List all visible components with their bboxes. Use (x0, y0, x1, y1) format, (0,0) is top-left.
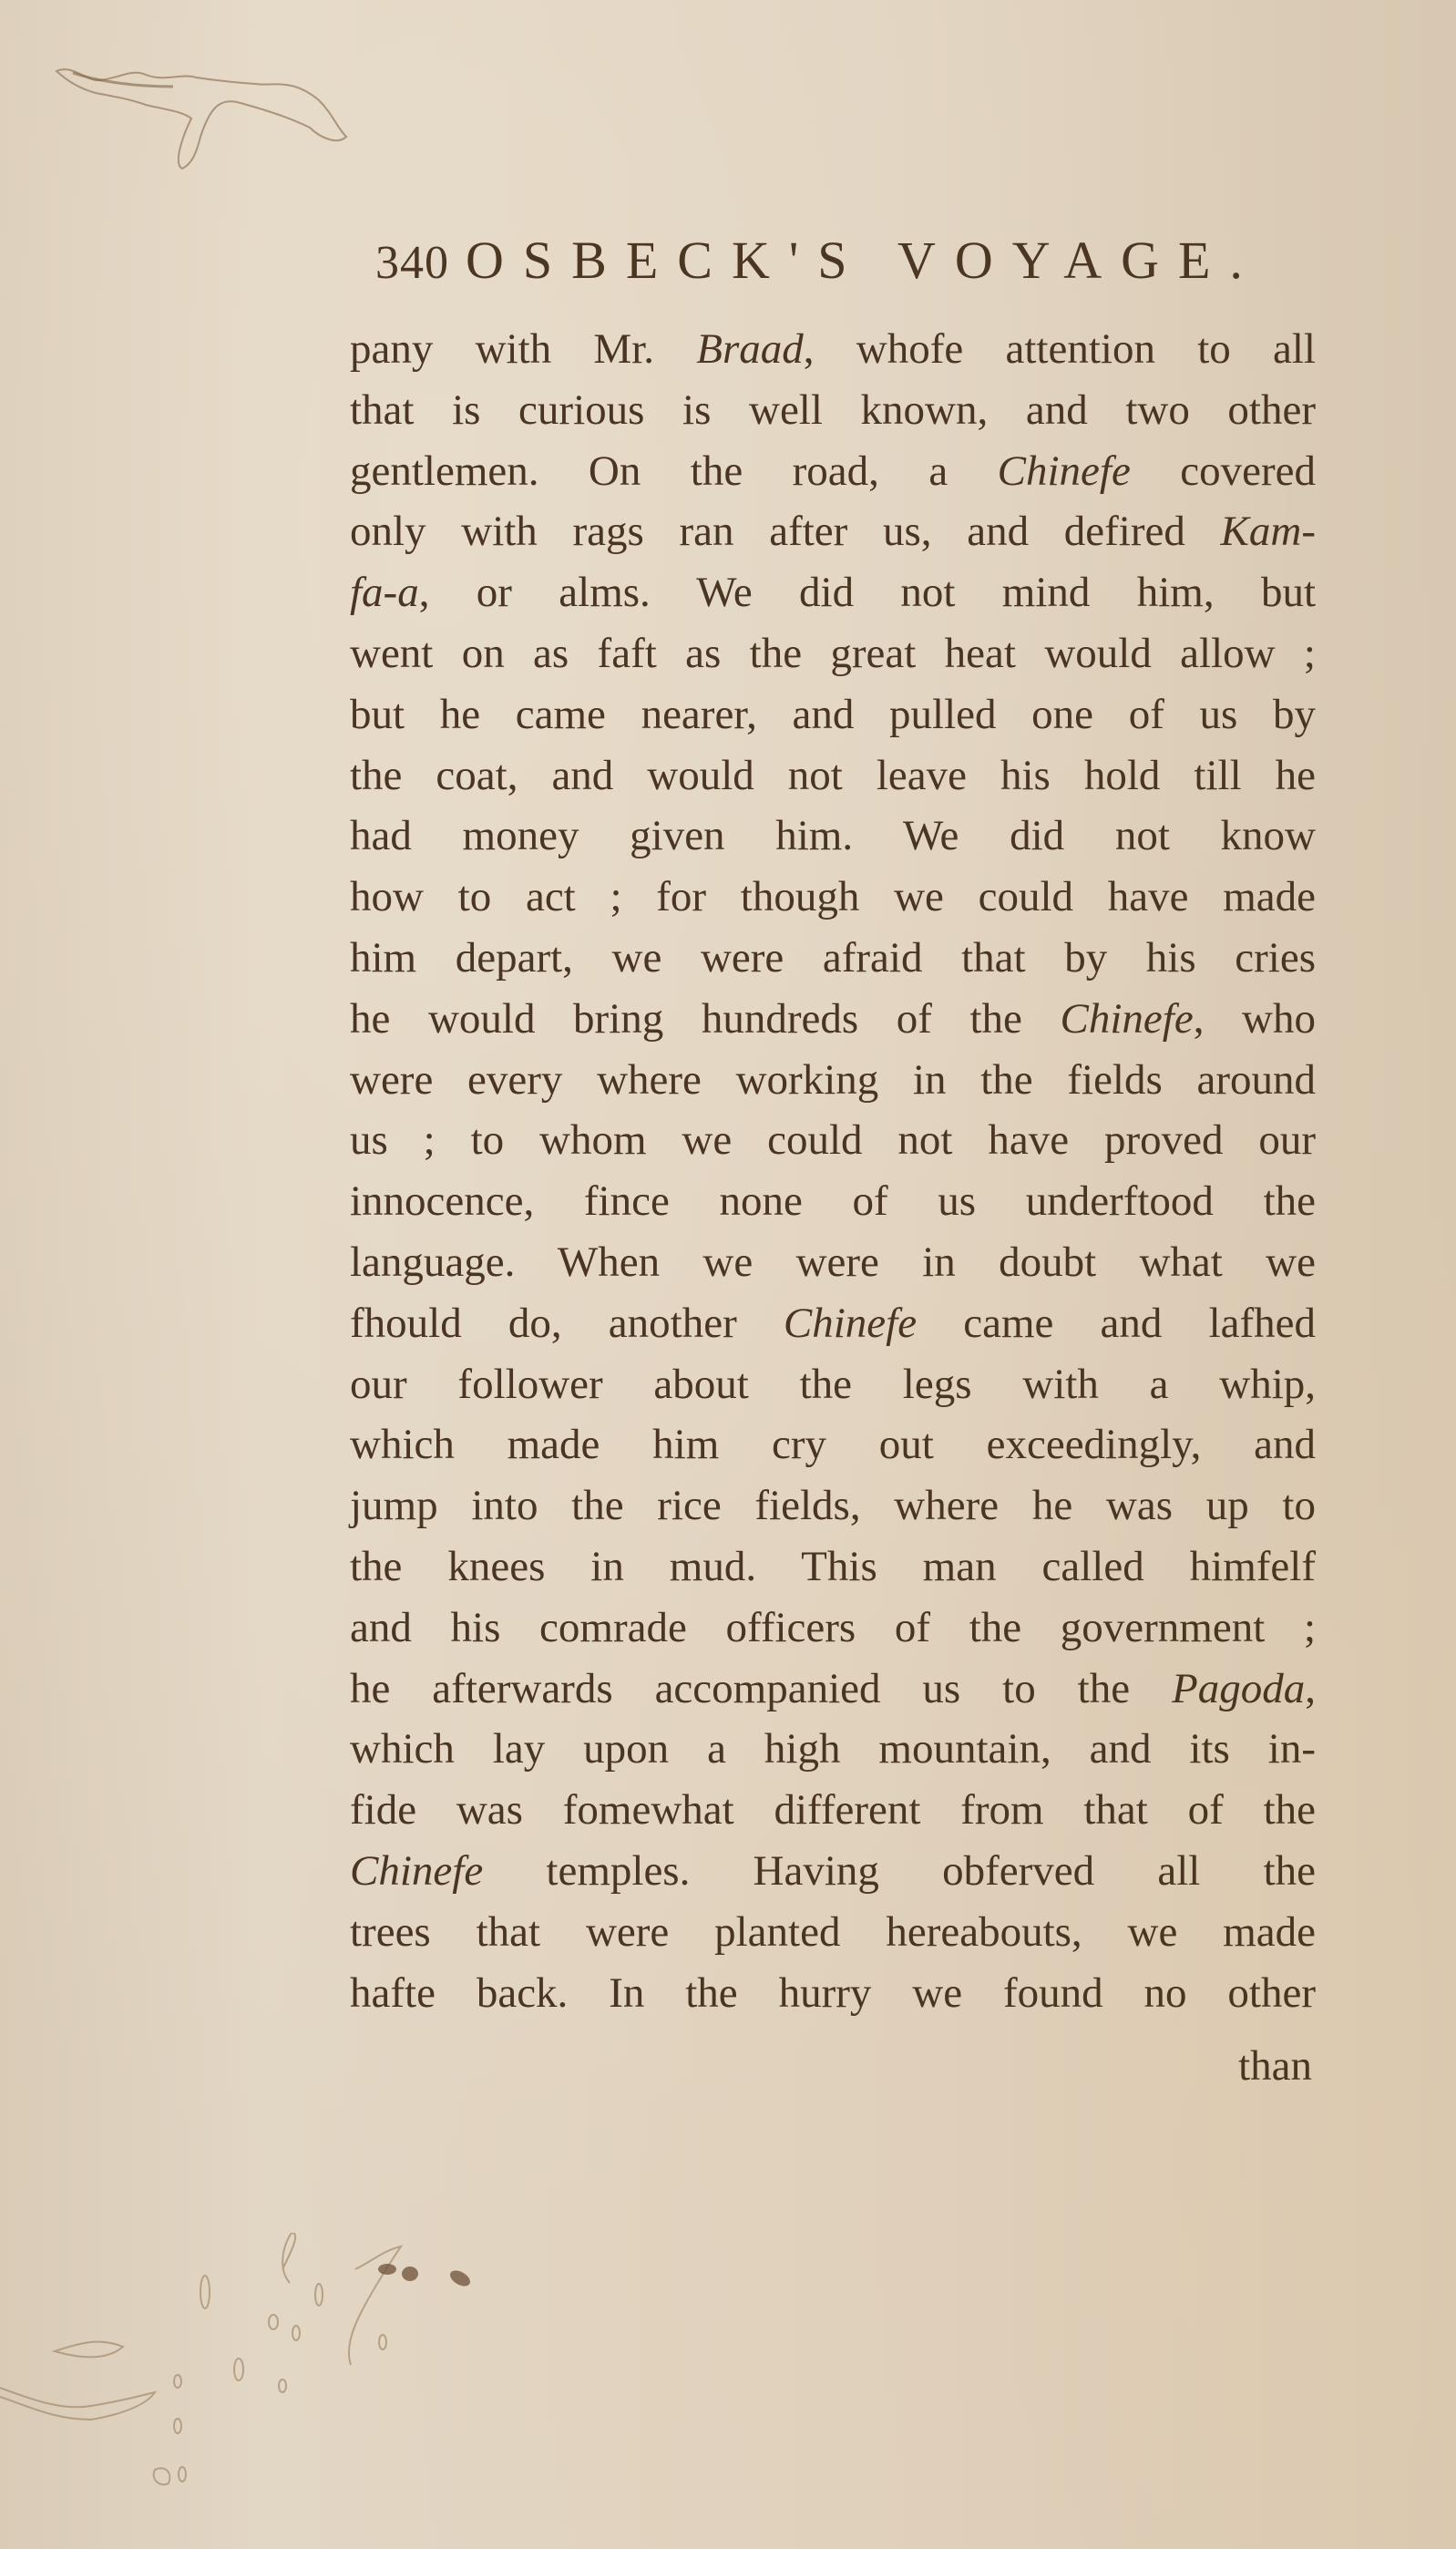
italic-term: Kam- (1221, 508, 1316, 555)
text-line: and his comrade officers of the governme… (350, 1598, 1316, 1659)
text-line: language. When we were in doubt what we (350, 1232, 1316, 1293)
italic-term: Chinefe (1061, 995, 1194, 1043)
text-line: but he came nearer, and pulled one of us… (350, 684, 1316, 745)
text-line: fa-a, or alms. We did not mind him, but (350, 562, 1316, 623)
running-head: OSBECK'S VOYAGE. (466, 231, 1262, 290)
text-line: he would bring hundreds of the Chinefe, … (350, 989, 1316, 1050)
text-line: pany with Mr. Braad, whofe attention to … (350, 319, 1316, 380)
text-line: trees that were planted hereabouts, we m… (350, 1902, 1316, 1963)
italic-term: Pagoda (1172, 1665, 1305, 1712)
text-line: he afterwards accompanied us to the Pago… (350, 1659, 1316, 1720)
page-header: 340OSBECK'S VOYAGE. (375, 230, 1341, 303)
italic-term: fa-a (350, 569, 419, 616)
text-line: were every where working in the fields a… (350, 1050, 1316, 1111)
text-line: us ; to whom we could not have proved ou… (350, 1110, 1316, 1171)
text-line: Chinefe temples. Having obferved all the (350, 1841, 1316, 1902)
italic-term: Braad (696, 325, 804, 373)
italic-term: Chinefe (784, 1300, 917, 1347)
ink-stain-bottom (0, 2233, 1456, 2549)
text-line: the knees in mud. This man called himfel… (350, 1537, 1316, 1598)
text-line: which lay upon a high mountain, and its … (350, 1719, 1316, 1780)
text-line: the coat, and would not leave his hold t… (350, 745, 1316, 807)
text-line: went on as faft as the great heat would … (350, 623, 1316, 684)
text-line: only with rags ran after us, and defired… (350, 501, 1316, 562)
text-line: fhould do, another Chinefe came and lafh… (350, 1293, 1316, 1354)
text-line: hafte back. In the hurry we found no oth… (350, 1963, 1316, 2024)
text-line: him depart, we were afraid that by his c… (350, 928, 1316, 989)
text-line: had money given him. We did not know (350, 806, 1316, 867)
italic-term: Chinefe (998, 447, 1131, 495)
page-number: 340 (375, 237, 449, 289)
catchword: than (1166, 2041, 1312, 2091)
ink-stain-top-left (46, 46, 374, 182)
text-line: fide was fomewhat different from that of… (350, 1780, 1316, 1841)
text-line: which made him cry out exceedingly, and (350, 1414, 1316, 1475)
scanned-page: 340OSBECK'S VOYAGE. pany with Mr. Braad,… (0, 0, 1456, 2549)
text-line: gentlemen. On the road, a Chinefe covere… (350, 441, 1316, 502)
text-line: jump into the rice fields, where he was … (350, 1475, 1316, 1537)
body-text: pany with Mr. Braad, whofe attention to … (350, 319, 1316, 2023)
text-line: that is curious is well known, and two o… (350, 380, 1316, 441)
text-line: innocence, fince none of us underftood t… (350, 1171, 1316, 1232)
text-line: our follower about the legs with a whip, (350, 1354, 1316, 1415)
italic-term: Chinefe (350, 1847, 483, 1895)
text-line: how to act ; for though we could have ma… (350, 867, 1316, 928)
